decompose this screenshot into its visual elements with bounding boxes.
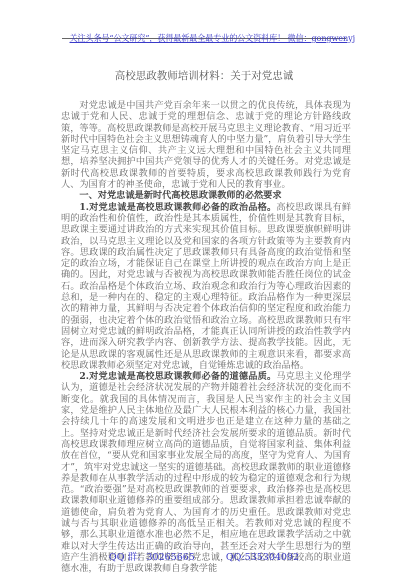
section-heading-1: 一、对党忠诚是新时代高校思政课教师的必然要求 bbox=[61, 190, 351, 201]
footer-contact: QQ 群：30265665 QQ:535304092 bbox=[0, 549, 408, 563]
point-1-body: 高校思政课具有鲜明的政治性和价值性，政治性是其本质属性，价值性则是其教育目标，思… bbox=[61, 202, 351, 371]
page-title: 高校思政教师培训材料：关于对党忠诚 bbox=[0, 68, 408, 83]
header-banner-link[interactable]: 关注头条号“公文研究”，获得最新最全最专业的公文资料库！ 微信：gongweny… bbox=[70, 32, 355, 44]
point-1-paragraph: 1.对党忠诚是高校思政课教师必备的政治品格。高校思政课具有鲜明的政治性和价值性，… bbox=[61, 202, 351, 371]
point-1-lead: 1.对党忠诚是高校思政课教师必备的政治品格。 bbox=[79, 202, 276, 213]
point-2-body: 马克思主义伦理学认为，道德是社会经济状况发展的产物并随着社会经济状况的变化而不断… bbox=[61, 371, 351, 574]
qq-group: QQ 群：30265665 bbox=[109, 552, 195, 563]
document-page: 关注头条号“公文研究”，获得最新最全最专业的公文资料库！ 微信：gongweny… bbox=[0, 0, 408, 580]
intro-paragraph: 对党忠诚是中国共产党百余年来一以贯之的优良传统，具体表现为忠诚于党和人民、忠诚于… bbox=[61, 100, 351, 190]
point-2-lead: 2.对党忠诚是高校思政课教师必备的道德品质。 bbox=[79, 371, 276, 382]
document-body: 对党忠诚是中国共产党百余年来一以贯之的优良传统，具体表现为忠诚于党和人民、忠诚于… bbox=[61, 100, 351, 574]
qq-number: QQ:535304092 bbox=[226, 552, 299, 563]
point-2-paragraph: 2.对党忠诚是高校思政课教师必备的道德品质。马克思主义伦理学认为，道德是社会经济… bbox=[61, 371, 351, 574]
header-banner: 关注头条号“公文研究”，获得最新最全最专业的公文资料库！ 微信：gongweny… bbox=[62, 26, 346, 39]
